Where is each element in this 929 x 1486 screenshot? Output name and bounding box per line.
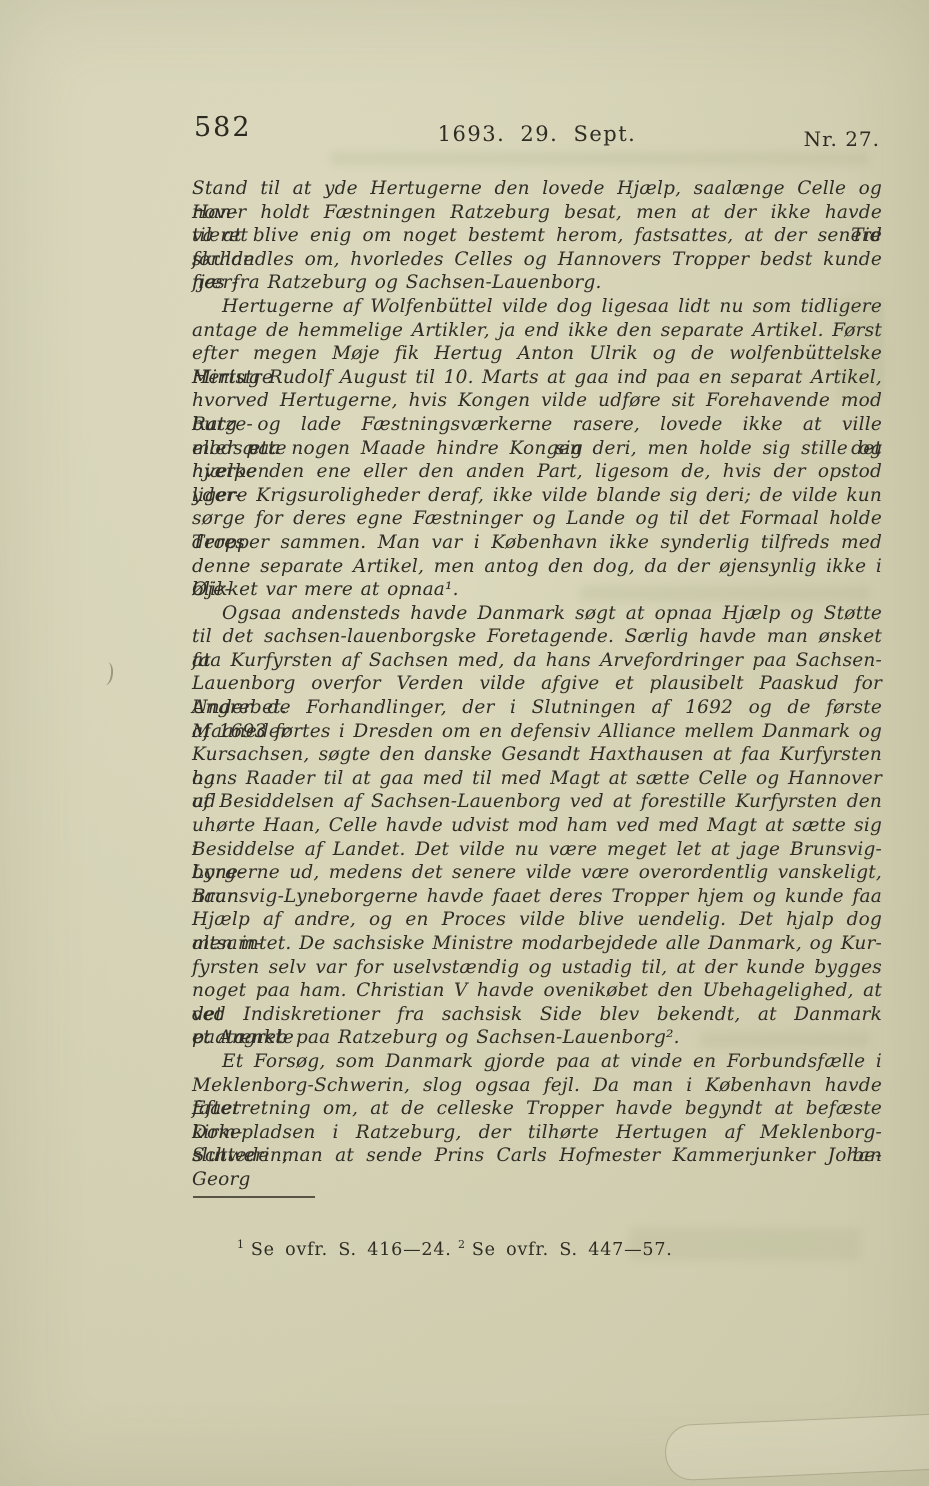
text-line: Stand til at yde Hertugerne den lovede H… — [192, 177, 882, 201]
text-line: efter megen Møje fik Hertug Anton Ulrik … — [192, 342, 882, 366]
text-line: sluttede man at sende Prins Carls Hofmes… — [192, 1144, 882, 1168]
text-line: uhørte Haan, Celle havde udvist mod ham … — [192, 814, 882, 838]
text-line: hjælpe den ene eller den anden Part, lig… — [192, 460, 882, 484]
text-line: burg og lade Fæstningsværkerne rasere, l… — [192, 413, 882, 437]
text-line: Hertugerne af Wolfenbüttel vilde dog lig… — [192, 295, 882, 319]
text-line: blikket var mere at opnaa¹. — [192, 578, 882, 602]
text-line: af Besiddelsen af Sachsen-Lauenborg ved … — [192, 790, 882, 814]
pen-mark — [99, 661, 114, 685]
text-line: et Angreb paa Ratzeburg og Sachsen-Lauen… — [192, 1026, 882, 1050]
text-line: denne separate Artikel, men antog den do… — [192, 555, 882, 579]
text-line: Under de Forhandlinger, der i Slutningen… — [192, 696, 882, 720]
text-line: Et Forsøg, som Danmark gjorde paa at vin… — [192, 1050, 882, 1074]
text-line: noget paa ham. Christian V havde ovenikø… — [192, 979, 882, 1003]
footnotes: 1Se ovfr. S. 416—24.2Se ovfr. S. 447—57. — [0, 1238, 929, 1268]
footnote-text: Se ovfr. S. 447—57. — [472, 1240, 673, 1260]
text-line: nes fra Ratzeburg og Sachsen-Lauenborg. — [192, 271, 882, 295]
text-line: Kursachsen, søgte den danske Gesandt Hax… — [192, 743, 882, 767]
text-line: til at blive enig om noget bestemt herom… — [192, 224, 882, 248]
text-line: forhandles om, hvorledes Celles og Hanno… — [192, 248, 882, 272]
text-line: Meklenborg-Schwerin, slog ogsaa fejl. Da… — [192, 1074, 882, 1098]
text-line: eller paa nogen Maade hindre Kongen deri… — [192, 437, 882, 461]
bleedthrough-smudge — [330, 152, 870, 165]
sticker-outline — [664, 1411, 929, 1482]
text-line: Ogsaa andensteds havde Danmark søgt at o… — [192, 602, 882, 626]
footnote-text: Se ovfr. S. 416—24. — [251, 1240, 452, 1260]
text-line: hans Raader til at gaa med til med Magt … — [192, 767, 882, 791]
text-line: faa Kurfyrsten af Sachsen med, da hans A… — [192, 649, 882, 673]
footnote-separator — [193, 1196, 315, 1198]
text-line: fyrsten selv var for uselvstændig og ust… — [192, 956, 882, 980]
text-line: kirkepladsen i Ratzeburg, der tilhørte H… — [192, 1121, 882, 1145]
text-line: til det sachsen-lauenborgske Foretagende… — [192, 625, 882, 649]
text-line: Besiddelse af Landet. Det vilde nu være … — [192, 838, 882, 862]
text-line: Efterretning om, at de celleske Tropper … — [192, 1097, 882, 1121]
footnote: 2Se ovfr. S. 447—57. — [458, 1238, 673, 1260]
text-line: sørge for deres egne Fæstninger og Lande… — [192, 507, 882, 531]
footnote: 1Se ovfr. S. 416—24. — [237, 1238, 452, 1260]
book-page: 582 1693. 29. Sept. Nr. 27. Stand til at… — [0, 0, 929, 1486]
footnote-marker: 2 — [458, 1238, 466, 1251]
text-line: Hjælp af andre, og en Proces vilde blive… — [192, 908, 882, 932]
text-line: af 1693 førtes i Dresden om en defensiv … — [192, 720, 882, 744]
footnote-marker: 1 — [237, 1238, 245, 1251]
body-text: Stand til at yde Hertugerne den lovede H… — [192, 177, 882, 1168]
text-line: borgerne ud, medens det senere vilde vær… — [192, 861, 882, 885]
document-number: Nr. 27. — [192, 127, 880, 151]
text-line: Lauenborg overfor Verden vilde afgive et… — [192, 672, 882, 696]
text-line: nover holdt Fæstningen Ratzeburg besat, … — [192, 201, 882, 225]
text-line: antage de hemmelige Artikler, ja end ikk… — [192, 319, 882, 343]
text-line: Brunsvig-Lyneborgerne havde faaet deres … — [192, 885, 882, 909]
text-line: men intet. De sachsiske Ministre modarbe… — [192, 932, 882, 956]
text-line: ligere Krigsuroligheder deraf, ikke vild… — [192, 484, 882, 508]
text-line: Tropper sammen. Man var i København ikke… — [192, 531, 882, 555]
text-line: Hertug Rudolf August til 10. Marts at ga… — [192, 366, 882, 390]
text-line: ved Indiskretioner fra sachsisk Side ble… — [192, 1003, 882, 1027]
text-line: hvorved Hertugerne, hvis Kongen vilde ud… — [192, 389, 882, 413]
